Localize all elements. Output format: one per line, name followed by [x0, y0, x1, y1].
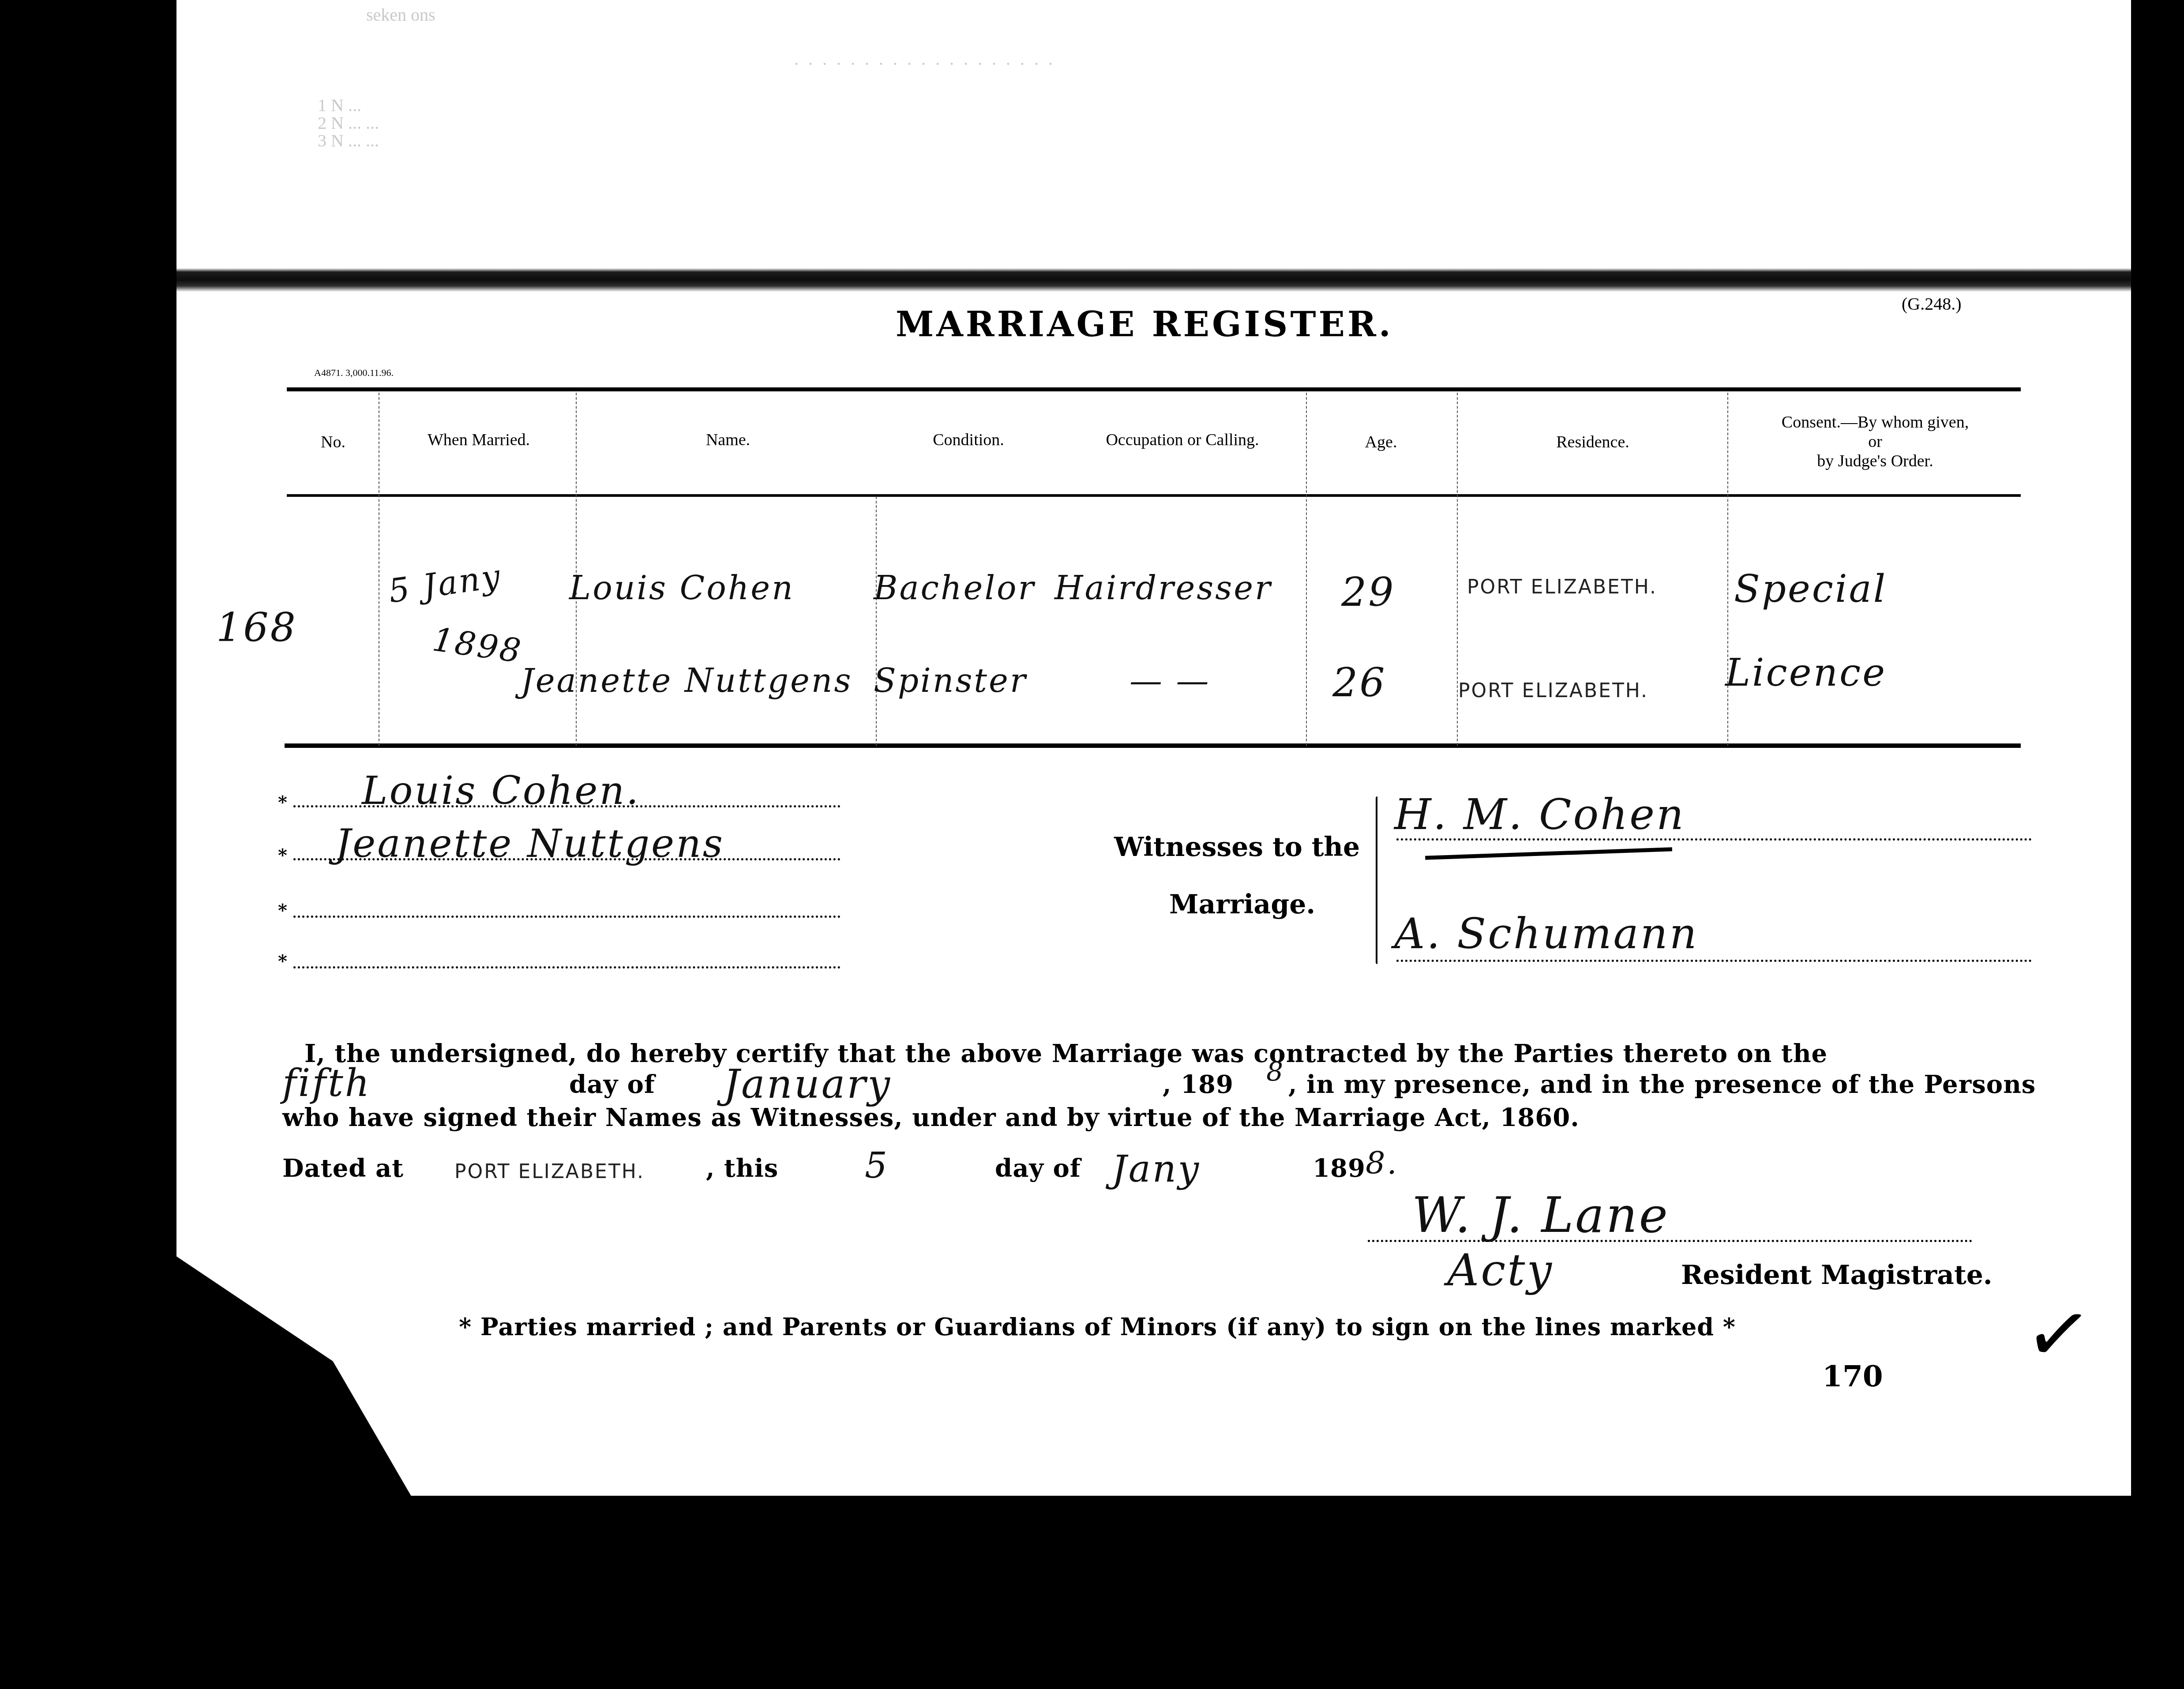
header-consent: Consent.—By whom given, or by Judge's Or… [1734, 413, 2016, 471]
signature-marker: * [278, 845, 287, 866]
dated-month: Jany [1112, 1147, 1201, 1190]
dated-place: PORT ELIZABETH. [454, 1160, 645, 1183]
certificate-year-suffix: 8 [1266, 1057, 1285, 1088]
certificate-day-written: fifth [282, 1061, 371, 1105]
witness-1-signature: H. M. Cohen [1394, 790, 1685, 839]
form-code: (G.248.) [1902, 293, 1962, 314]
entry-number: 168 [216, 604, 297, 651]
signature-marker: * [278, 951, 287, 972]
groom-signature: Louis Cohen. [362, 768, 640, 813]
bride-signature: Jeanette Nuttgens [335, 821, 724, 866]
groom-residence: PORT ELIZABETH. [1467, 576, 1657, 598]
groom-condition: Bachelor [874, 569, 1036, 607]
dated-day-of-label: day of [995, 1154, 1081, 1183]
column-divider [1457, 393, 1458, 746]
bride-name: Jeanette Nuttgens [521, 662, 853, 700]
bride-occupation: — — [1130, 662, 1211, 700]
column-divider [379, 393, 379, 746]
magistrate-acting: Acty [1447, 1244, 1554, 1296]
header-age: Age. [1324, 432, 1438, 452]
header-condition: Condition. [891, 430, 1046, 450]
certificate-line-2: , in my presence, and in the presence of… [1288, 1070, 2036, 1099]
header-when-married: When Married. [388, 430, 569, 450]
groom-name: Louis Cohen [569, 569, 795, 607]
check-mark-icon: ✓ [2019, 1284, 2098, 1385]
header-residence: Residence. [1465, 432, 1721, 452]
witness-2-signature: A. Schumann [1394, 909, 1698, 958]
signature-line-3[interactable] [293, 916, 841, 918]
column-divider [876, 496, 877, 746]
magistrate-signature: W. J. Lane [1412, 1187, 1670, 1243]
dated-at-label: Dated at [282, 1154, 404, 1183]
bride-age: 26 [1332, 660, 1387, 706]
faded-heading: . . . . . . . . . . . . . . . . . . . [794, 49, 1055, 69]
page-number: 170 [1822, 1359, 1883, 1393]
dated-day: 5 [865, 1145, 889, 1186]
certificate-year-prefix: , 189 [1163, 1070, 1234, 1099]
groom-occupation: Hairdresser [1054, 569, 1272, 607]
column-divider [1306, 393, 1307, 746]
magistrate-title: Resident Magistrate. [1681, 1260, 1993, 1291]
faded-line-3: 3 N ... ... [318, 130, 379, 151]
header-consent-line3: by Judge's Order. [1734, 451, 2016, 471]
signature-marker: * [278, 900, 287, 921]
groom-age: 29 [1341, 569, 1396, 616]
print-number: A4871. 3,000.11.96. [314, 367, 394, 379]
page-title: MARRIAGE REGISTER. [896, 304, 1393, 345]
dated-year-prefix: 189 [1313, 1154, 1366, 1183]
certificate-month-written: January [724, 1061, 892, 1107]
certificate-day-of: day of [569, 1070, 655, 1099]
consent-special: Special [1734, 567, 1887, 611]
witnesses-label: Witnesses to the [1114, 832, 1360, 863]
certificate-line-1: I, the undersigned, do hereby certify th… [304, 1039, 1828, 1068]
header-occupation: Occupation or Calling. [1068, 430, 1297, 450]
dated-this-label: , this [706, 1154, 778, 1183]
bride-residence: PORT ELIZABETH. [1458, 679, 1648, 702]
entry-bottom-rule [285, 743, 2021, 748]
header-consent-line1: Consent.—By whom given, [1734, 413, 2016, 432]
footnote: * Parties married ; and Parents or Guard… [459, 1313, 1736, 1341]
header-consent-line2: or [1734, 432, 2016, 451]
signature-marker: * [278, 792, 287, 813]
witnesses-label-marriage: Marriage. [1169, 889, 1315, 920]
bride-condition: Spinster [874, 662, 1027, 700]
witness-line-2[interactable] [1396, 960, 2032, 962]
table-top-rule [287, 387, 2021, 391]
consent-licence: Licence [1725, 651, 1887, 695]
header-no: No. [309, 432, 357, 452]
faded-top-text: seken ons [366, 4, 435, 25]
certificate-line-3: who have signed their Names as Witnesses… [282, 1103, 1580, 1132]
witnesses-brace [1376, 796, 1377, 964]
dated-year-suffix: 8. [1366, 1145, 1399, 1181]
signature-line-4[interactable] [293, 966, 841, 968]
header-bottom-rule [287, 494, 2021, 497]
header-name: Name. [618, 430, 838, 450]
paper-fold-shadow [176, 258, 2131, 298]
